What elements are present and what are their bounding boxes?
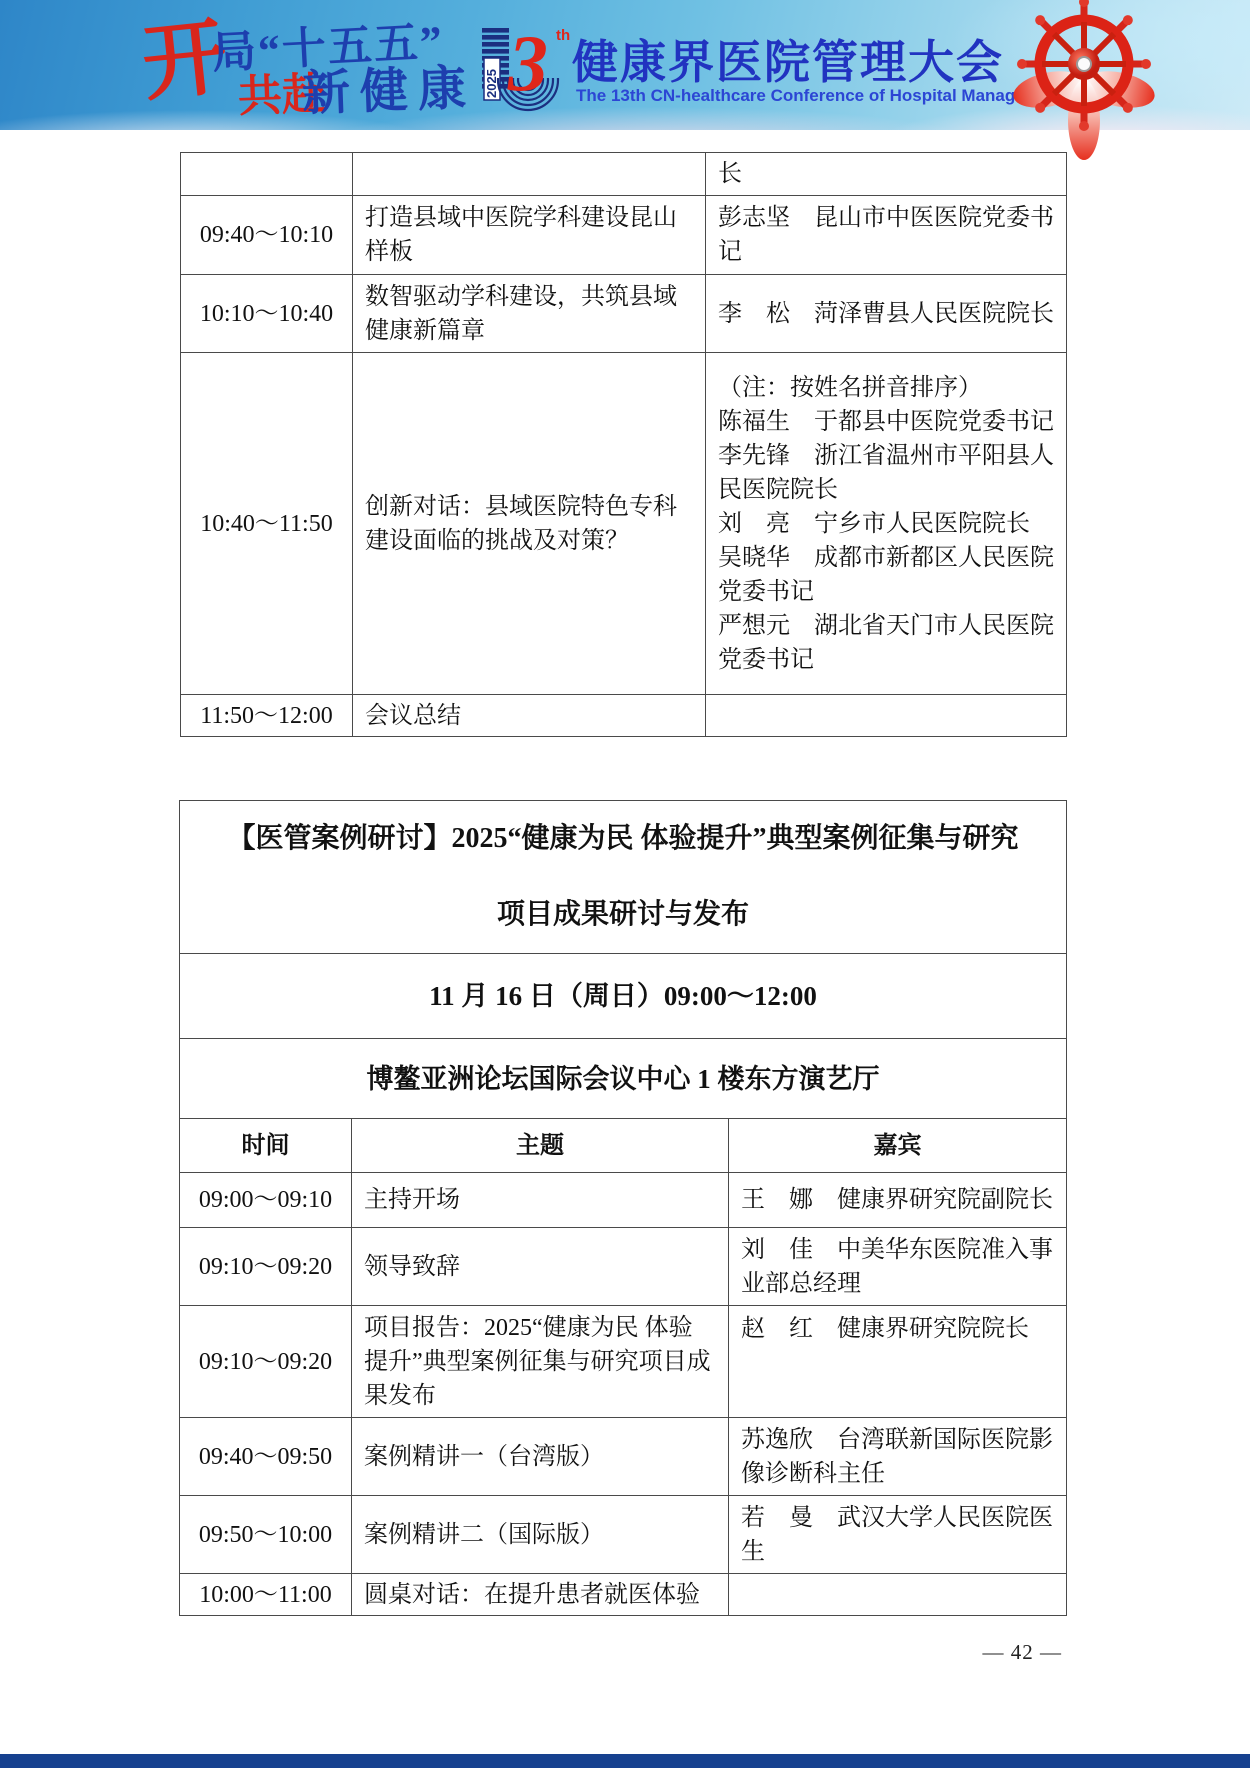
header-topic: 主题 — [352, 1119, 729, 1173]
topic-cell: 主持开场 — [352, 1173, 729, 1228]
topic-cell: 打造县域中医院学科建设昆山样板 — [353, 196, 706, 275]
logo-th: th — [556, 27, 570, 44]
table-row: 10:10～10:40 数智驱动学科建设，共筑县域健康新篇章 李 松 菏泽曹县人… — [181, 275, 1067, 353]
header-time: 时间 — [180, 1119, 352, 1173]
logo-year: 2025 — [484, 69, 499, 98]
guest-cell: 李 松 菏泽曹县人民医院院长 — [706, 275, 1067, 353]
slogan-xinjiankang: 新健康 — [301, 65, 477, 119]
time-cell: 09:40～10:10 — [181, 196, 353, 275]
banner-title-cn: 健康界医院管理大会 — [572, 26, 1004, 92]
topic-cell: 创新对话：县域医院特色专科建设面临的挑战及对策？ — [353, 353, 706, 695]
ship-wheel-icon — [992, 0, 1177, 170]
page-number: — 42 — — [983, 1640, 1063, 1665]
guest-cell: 刘 佳 中美华东医院准入事业部总经理 — [729, 1228, 1067, 1306]
guest-cell — [729, 1574, 1067, 1616]
session-venue: 博鳌亚洲论坛国际会议中心 1 楼东方演艺厅 — [180, 1039, 1067, 1119]
table-row: 09:40～10:10 打造县域中医院学科建设昆山样板 彭志坚 昆山市中医医院党… — [181, 196, 1067, 275]
table-row: 09:50～10:00 案例精讲二（国际版） 若 曼 武汉大学人民医院医生 — [180, 1496, 1067, 1574]
time-cell: 09:10～09:20 — [180, 1306, 352, 1418]
topic-cell: 案例精讲二（国际版） — [352, 1496, 729, 1574]
agenda-table-continuation: 长 09:40～10:10 打造县域中医院学科建设昆山样板 彭志坚 昆山市中医医… — [180, 152, 1067, 737]
table-row: 09:40～09:50 案例精讲一（台湾版） 苏逸欣 台湾联新国际医院影像诊断科… — [180, 1418, 1067, 1496]
guest-cell: 王 娜 健康界研究院副院长 — [729, 1173, 1067, 1228]
guest-cell: 彭志坚 昆山市中医医院党委书记 — [706, 196, 1067, 275]
case-seminar-table: 【医管案例研讨】2025“健康为民 体验提升”典型案例征集与研究 项目成果研讨与… — [179, 800, 1067, 1616]
topic-cell: 项目报告：2025“健康为民 体验提升”典型案例征集与研究项目成果发布 — [352, 1306, 729, 1418]
guest-cell: 苏逸欣 台湾联新国际医院影像诊断科主任 — [729, 1418, 1067, 1496]
time-cell: 10:10～10:40 — [181, 275, 353, 353]
topic-cell: 案例精讲一（台湾版） — [352, 1418, 729, 1496]
conference-banner: 开 局“十五五” 共赴 新健康 2025 — [0, 0, 1250, 130]
time-cell: 09:00～09:10 — [180, 1173, 352, 1228]
time-cell: 09:40～09:50 — [180, 1418, 352, 1496]
time-cell: 10:40～11:50 — [181, 353, 353, 695]
table-row: 长 — [181, 153, 1067, 196]
wheel-ring — [1017, 0, 1151, 131]
logo-three: 3 — [507, 20, 548, 108]
session-datetime: 11 月 16 日（周日）09:00～12:00 — [180, 954, 1067, 1039]
footer-bar — [0, 1754, 1250, 1768]
session-datetime-row: 11 月 16 日（周日）09:00～12:00 — [180, 954, 1067, 1039]
topic-cell: 领导致辞 — [352, 1228, 729, 1306]
time-cell: 09:50～10:00 — [180, 1496, 352, 1574]
document-page: 开 局“十五五” 共赴 新健康 2025 — [0, 0, 1250, 1768]
logo-13th-icon: 2025 3 th — [476, 20, 576, 118]
guest-cell: 若 曼 武汉大学人民医院医生 — [729, 1496, 1067, 1574]
time-cell: 10:00～11:00 — [180, 1574, 352, 1616]
header-guest: 嘉宾 — [729, 1119, 1067, 1173]
guest-cell — [706, 695, 1067, 737]
topic-cell — [353, 153, 706, 196]
session-venue-row: 博鳌亚洲论坛国际会议中心 1 楼东方演艺厅 — [180, 1039, 1067, 1119]
session-title-row: 【医管案例研讨】2025“健康为民 体验提升”典型案例征集与研究 项目成果研讨与… — [180, 801, 1067, 954]
time-cell: 09:10～09:20 — [180, 1228, 352, 1306]
session-title: 【医管案例研讨】2025“健康为民 体验提升”典型案例征集与研究 项目成果研讨与… — [180, 801, 1067, 954]
topic-cell: 会议总结 — [353, 695, 706, 737]
table-row: 09:10～09:20 领导致辞 刘 佳 中美华东医院准入事业部总经理 — [180, 1228, 1067, 1306]
guest-cell: （注：按姓名拼音排序） 陈福生 于都县中医院党委书记 李先锋 浙江省温州市平阳县… — [706, 353, 1067, 695]
table-row: 09:00～09:10 主持开场 王 娜 健康界研究院副院长 — [180, 1173, 1067, 1228]
table-row: 11:50～12:00 会议总结 — [181, 695, 1067, 737]
table-row: 09:10～09:20 项目报告：2025“健康为民 体验提升”典型案例征集与研… — [180, 1306, 1067, 1418]
topic-cell: 数智驱动学科建设，共筑县域健康新篇章 — [353, 275, 706, 353]
time-cell — [181, 153, 353, 196]
column-header-row: 时间 主题 嘉宾 — [180, 1119, 1067, 1173]
time-cell: 11:50～12:00 — [181, 695, 353, 737]
table-row: 10:00～11:00 圆桌对话：在提升患者就医体验 — [180, 1574, 1067, 1616]
table-row: 10:40～11:50 创新对话：县域医院特色专科建设面临的挑战及对策？ （注：… — [181, 353, 1067, 695]
topic-cell: 圆桌对话：在提升患者就医体验 — [352, 1574, 729, 1616]
guest-cell: 赵 红 健康界研究院院长 — [729, 1306, 1067, 1418]
